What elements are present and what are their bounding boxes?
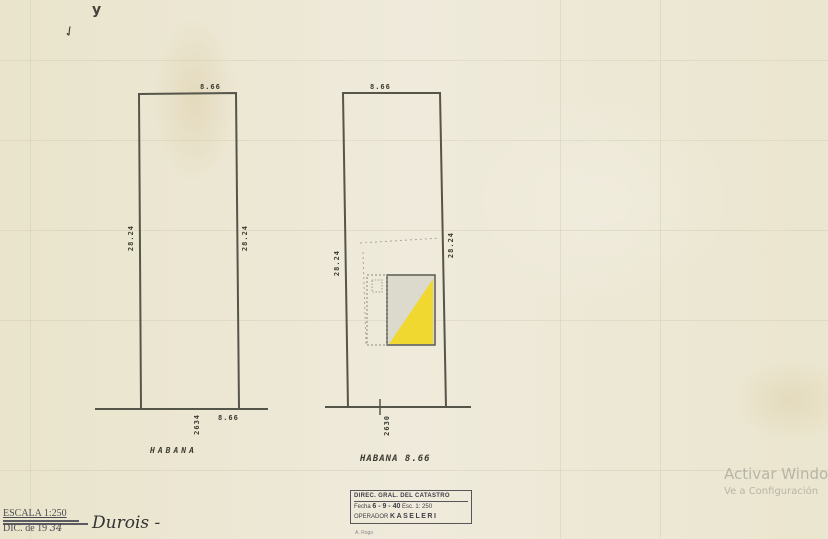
left-depth-dimension-right: 28.24 [241, 225, 249, 251]
stamp-header: DIREC. GRAL. DEL CATASTRO [354, 492, 468, 502]
stamp-date-row: Fecha 6 - 9 - 40 Esc. 1: 250 [354, 502, 468, 512]
cadastre-stamp: DIREC. GRAL. DEL CATASTRO Fecha 6 - 9 - … [350, 490, 472, 524]
right-street-number: 2630 [383, 415, 391, 436]
plot-right-outline [343, 93, 446, 408]
right-depth-dimension-right: 28.24 [447, 232, 455, 258]
stamp-scale: Esc. 1: 250 [402, 504, 432, 510]
scale-label: ESCALA 1:250 [3, 507, 79, 522]
corner-mark-y: y [92, 2, 101, 18]
left-street-name: HABANA [150, 446, 197, 455]
right-top-dimension: 8.66 [370, 83, 391, 91]
windows-activation-watermark: Activar Windows Ve a Configuración [724, 465, 828, 497]
building-footprint [360, 238, 440, 345]
scale-date-prefix: DIC. de 19 [3, 523, 47, 534]
stamp-date-value: 6 - 9 - 40 [372, 503, 400, 510]
stamp-operator-value: KASELERI [390, 513, 437, 520]
scale-info: ESCALA 1:250 DIC. de 19 34 [3, 507, 79, 535]
right-depth-dimension-left: 28.24 [333, 250, 341, 276]
stamp-operator-row: OPERADOR KASELERI [354, 512, 468, 522]
signature: Durois - [92, 513, 160, 533]
stamp-date-label: Fecha [354, 504, 371, 510]
scale-date-year: 34 [50, 523, 63, 534]
left-depth-dimension-left: 28.24 [127, 225, 135, 251]
right-street-label: HABANA 8.66 [360, 454, 431, 464]
scale-date: DIC. de 19 34 [3, 522, 79, 535]
watermark-line-2: Ve a Configuración [724, 486, 828, 497]
watermark-line-1: Activar Windows [724, 465, 828, 483]
left-street-number: 2634 [193, 414, 201, 435]
stamp-footer: A. Rogo [355, 530, 373, 536]
stamp-operator-label: OPERADOR [354, 514, 388, 520]
left-bottom-dimension: 8.66 [218, 414, 239, 422]
left-top-dimension: 8.66 [200, 83, 221, 91]
plot-left-outline [139, 93, 239, 409]
